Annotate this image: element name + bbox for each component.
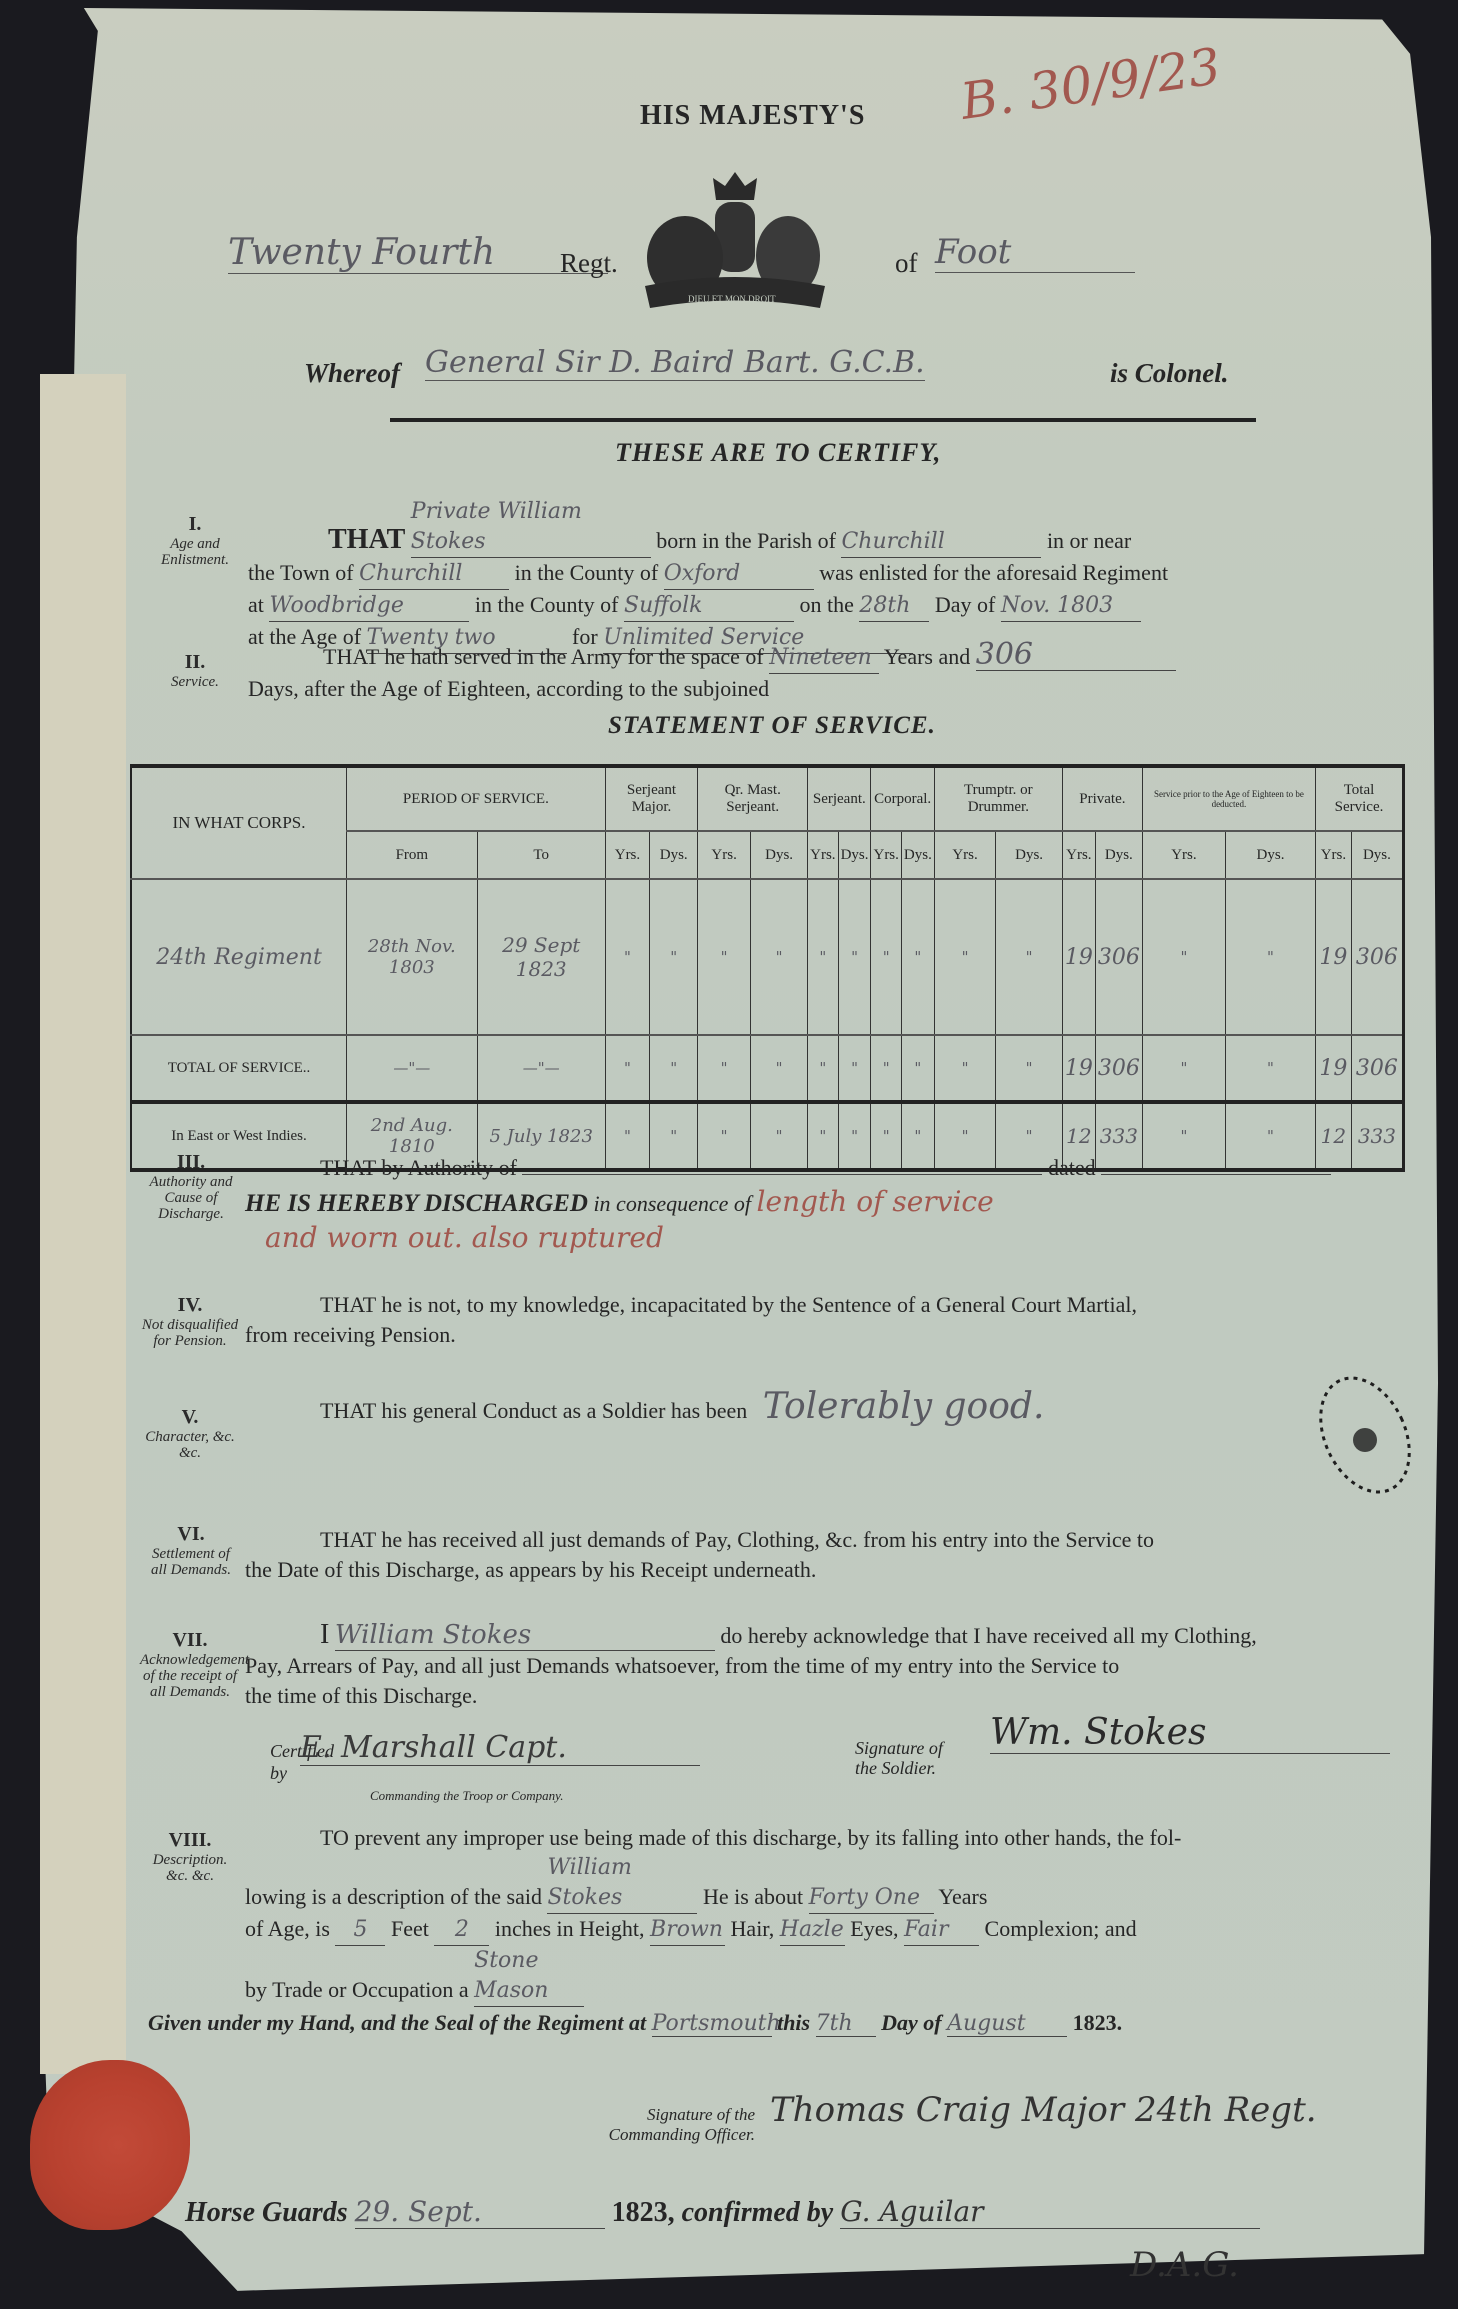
value-cell: " [1226, 879, 1316, 1035]
value-cell: " [698, 1035, 751, 1102]
co-signature: Thomas Craig Major 24th Regt. [770, 2090, 1317, 2130]
dys-header: Dys. [996, 831, 1063, 879]
rank-header: Serjeant Major. [605, 766, 697, 831]
yrs-header: Yrs. [605, 831, 649, 879]
value-cell: " [934, 1035, 995, 1102]
value-cell: " [901, 879, 934, 1035]
value-cell: " [871, 879, 901, 1035]
section-7-text: I William Stokes do hereby acknowledge t… [245, 1620, 1405, 1711]
rank-header: Corporal. [871, 766, 934, 831]
value-cell: " [751, 1035, 808, 1102]
statement-heading: STATEMENT OF SERVICE. [608, 712, 936, 740]
wax-seal [30, 2060, 190, 2230]
section-3-text: THAT by Authority of dated HE IS HEREBY … [245, 1150, 1405, 1253]
value-cell: 19 [1062, 879, 1095, 1035]
header-rule [390, 418, 1256, 422]
colonel-name: General Sir D. Baird Bart. G.C.B. [425, 345, 925, 381]
dys-header: Dys. [751, 831, 808, 879]
value-cell: " [996, 879, 1063, 1035]
section-1-text: THAT Private William Stokes born in the … [248, 497, 1398, 654]
yrs-header: Yrs. [1062, 831, 1095, 879]
value-cell: " [838, 1035, 871, 1102]
margin-section-8: VIII.Description. &c. &c. [142, 1828, 238, 1884]
margin-section-5: V.Character, &c. &c. [142, 1405, 238, 1461]
to-cell: 29 Sept 1823 [477, 879, 605, 1035]
corps-cell: TOTAL OF SERVICE.. [131, 1035, 347, 1102]
rank-header: Total Service. [1316, 766, 1404, 831]
value-cell: " [698, 879, 751, 1035]
value-cell: " [1226, 1035, 1316, 1102]
value-cell: " [901, 1035, 934, 1102]
ink-stamp-icon [1310, 1365, 1430, 1515]
certify-heading: THESE ARE TO CERTIFY, [615, 438, 941, 468]
section-2-text: THAT he hath served in the Army for the … [248, 640, 1398, 704]
commanding-label: Commanding the Troop or Company. [370, 1788, 563, 1804]
from-cell: 28th Nov. 1803 [347, 879, 478, 1035]
table-row: 24th Regiment 28th Nov. 1803 29 Sept 182… [131, 879, 1404, 1035]
from-cell: —"— [347, 1035, 478, 1102]
margin-section-6: VI.Settlement of all Demands. [145, 1522, 237, 1578]
section-6-text: THAT he has received all just demands of… [245, 1525, 1405, 1585]
dys-header: Dys. [650, 831, 698, 879]
dys-header: Dys. [901, 831, 934, 879]
yrs-header: Yrs. [808, 831, 838, 879]
value-cell: " [1142, 1035, 1225, 1102]
value-cell: 306 [1351, 879, 1403, 1035]
yrs-header: Yrs. [698, 831, 751, 879]
value-cell: " [808, 879, 838, 1035]
soldier-signature-label: Signature of the Soldier. [855, 1738, 965, 1778]
margin-section-4: IV.Not disqualified for Pension. [140, 1293, 240, 1349]
period-header: PERIOD OF SERVICE. [347, 766, 606, 831]
of-label: of [895, 248, 918, 279]
yrs-header: Yrs. [1142, 831, 1225, 879]
value-cell: 306 [1095, 1035, 1142, 1102]
corps-header: IN WHAT CORPS. [131, 766, 347, 879]
value-cell: 19 [1316, 879, 1352, 1035]
royal-crest-icon: DIEU ET MON DROIT [640, 168, 830, 323]
value-cell: " [934, 879, 995, 1035]
co-signature-label: Signature of the Commanding Officer. [580, 2105, 755, 2145]
value-cell: " [996, 1035, 1063, 1102]
yrs-header: Yrs. [871, 831, 901, 879]
svg-text:DIEU ET MON DROIT: DIEU ET MON DROIT [688, 294, 776, 304]
rank-header: Private. [1062, 766, 1142, 831]
table-row: TOTAL OF SERVICE.. —"— —"— " " " " " " "… [131, 1035, 1404, 1102]
yrs-header: Yrs. [1316, 831, 1352, 879]
value-cell: " [808, 1035, 838, 1102]
statement-of-service-table: IN WHAT CORPS. PERIOD OF SERVICE. Serjea… [130, 764, 1405, 1172]
rank-header: Service prior to the Age of Eighteen to … [1142, 766, 1315, 831]
given-under-text: Given under my Hand, and the Seal of the… [148, 2010, 1122, 2037]
header-title: HIS MAJESTY'S [640, 100, 865, 132]
dys-header: Dys. [1351, 831, 1403, 879]
value-cell: " [838, 879, 871, 1035]
to-header: To [477, 831, 605, 879]
confirmer-title: D.A.G. [1130, 2245, 1239, 2285]
value-cell: " [650, 1035, 698, 1102]
value-cell: " [650, 879, 698, 1035]
yrs-header: Yrs. [934, 831, 995, 879]
section-8-text: TO prevent any improper use being made o… [245, 1823, 1405, 2007]
regiment-type: Foot [935, 232, 1135, 273]
margin-section-3: III.Authority and Cause of Discharge. [145, 1150, 237, 1222]
section-4-text: THAT he is not, to my knowledge, incapac… [245, 1290, 1405, 1350]
corps-cell: 24th Regiment [131, 879, 347, 1035]
to-cell: —"— [477, 1035, 605, 1102]
value-cell: " [605, 879, 649, 1035]
soldier-signature: Wm. Stokes [990, 1712, 1390, 1754]
certified-signature: E. Marshall Capt. [300, 1730, 700, 1766]
margin-section-7: VII.Acknowledgement of the receipt of al… [140, 1628, 240, 1700]
value-cell: " [871, 1035, 901, 1102]
horse-guards-line: Horse Guards 29. Sept. 1823, confirmed b… [185, 2195, 1260, 2229]
colonel-suffix: is Colonel. [1110, 358, 1229, 389]
whereof-label: Whereof [304, 358, 400, 389]
dys-header: Dys. [838, 831, 871, 879]
value-cell: 19 [1316, 1035, 1352, 1102]
section-5-text: THAT his general Conduct as a Soldier ha… [320, 1392, 1044, 1426]
value-cell: " [751, 879, 808, 1035]
rank-header: Qr. Mast. Serjeant. [698, 766, 808, 831]
rank-header: Serjeant. [808, 766, 871, 831]
value-cell: 306 [1351, 1035, 1403, 1102]
value-cell: 19 [1062, 1035, 1095, 1102]
value-cell: " [1142, 879, 1225, 1035]
regiment-number: Twenty Fourth [228, 232, 608, 274]
dys-header: Dys. [1226, 831, 1316, 879]
value-cell: " [605, 1035, 649, 1102]
regt-label: Regt. [560, 248, 618, 279]
margin-section-2: II.Service. [150, 650, 240, 690]
value-cell: 306 [1095, 879, 1142, 1035]
rank-header: Trumptr. or Drummer. [934, 766, 1062, 831]
margin-section-1: I.Age and Enlistment. [150, 512, 240, 568]
from-header: From [347, 831, 478, 879]
paper-repair-strip [40, 374, 126, 2074]
dys-header: Dys. [1095, 831, 1142, 879]
